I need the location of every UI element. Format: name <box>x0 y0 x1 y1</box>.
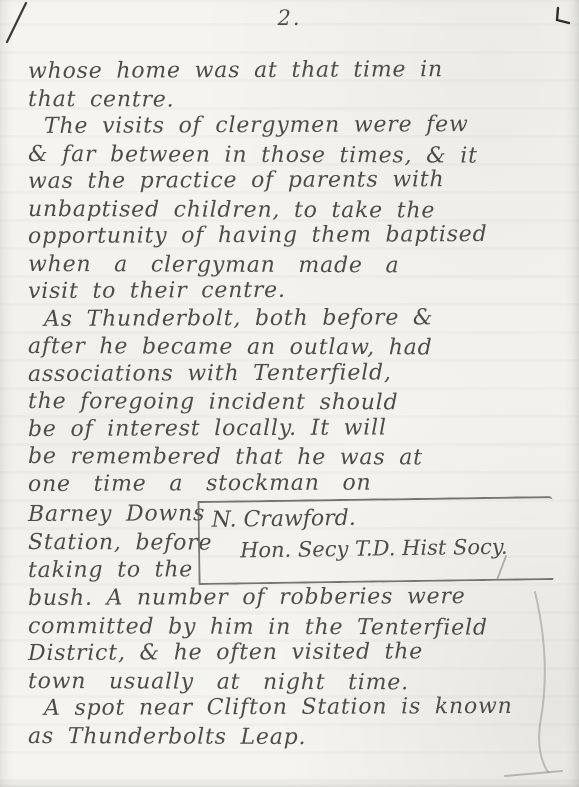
handwritten-line: whose home was at that time in <box>28 56 563 86</box>
handwritten-line: be remembered that he was at <box>28 443 563 472</box>
handwritten-line: The visits of clergymen were few <box>28 111 563 141</box>
handwritten-line: after he became an outlaw, had <box>28 333 563 362</box>
handwritten-line: bush. A number of robberies were <box>28 583 563 613</box>
paragraph-1: whose home was at that time in that cent… <box>28 58 563 113</box>
handwritten-line: one time a stockman on <box>28 468 563 498</box>
wrap-left-column: Barney Downs Station, before taking to t… <box>28 501 186 585</box>
handwritten-line: As Thunderbolt, both before & <box>28 303 563 333</box>
handwritten-line: as Thunderbolts Leap. <box>28 723 563 752</box>
page-number: 2. <box>0 6 579 30</box>
page-body: whose home was at that time in that cent… <box>28 58 563 750</box>
handwritten-line: visit to their centre. <box>28 276 563 306</box>
handwritten-line: be of interest locally. It will <box>28 413 563 443</box>
handwritten-line: was the practice of parents with <box>28 166 563 196</box>
paragraph-2: The visits of clergymen were few & far b… <box>28 113 563 306</box>
handwritten-line: Station, before <box>28 529 186 558</box>
signature-title: Hon. Secy T.D. Hist Socy. <box>212 531 547 566</box>
handwritten-manuscript-page: 2. whose home was at that time in that c… <box>0 0 579 787</box>
handwritten-line: the foregoing incident should <box>28 388 563 417</box>
signature-name: N. Crawford. <box>211 501 546 536</box>
handwritten-line: associations with Tenterfield, <box>28 358 563 388</box>
paragraph-3: As Thunderbolt, both before & after he b… <box>28 306 563 499</box>
bottom-dash-mark <box>505 771 562 776</box>
wrapped-text-with-signature-box: Barney Downs Station, before taking to t… <box>28 501 563 585</box>
signature-box: N. Crawford. Hon. Secy T.D. Hist Socy. <box>197 496 553 585</box>
handwritten-line: opportunity of having them baptised <box>28 221 563 251</box>
handwritten-line: District, & he often visited the <box>28 638 563 668</box>
handwritten-line: A spot near Clifton Station is known <box>28 693 563 723</box>
paragraph-4: bush. A number of robberies were committ… <box>28 585 563 750</box>
handwritten-line: taking to the <box>28 556 186 585</box>
handwritten-line: Barney Downs <box>28 500 186 529</box>
